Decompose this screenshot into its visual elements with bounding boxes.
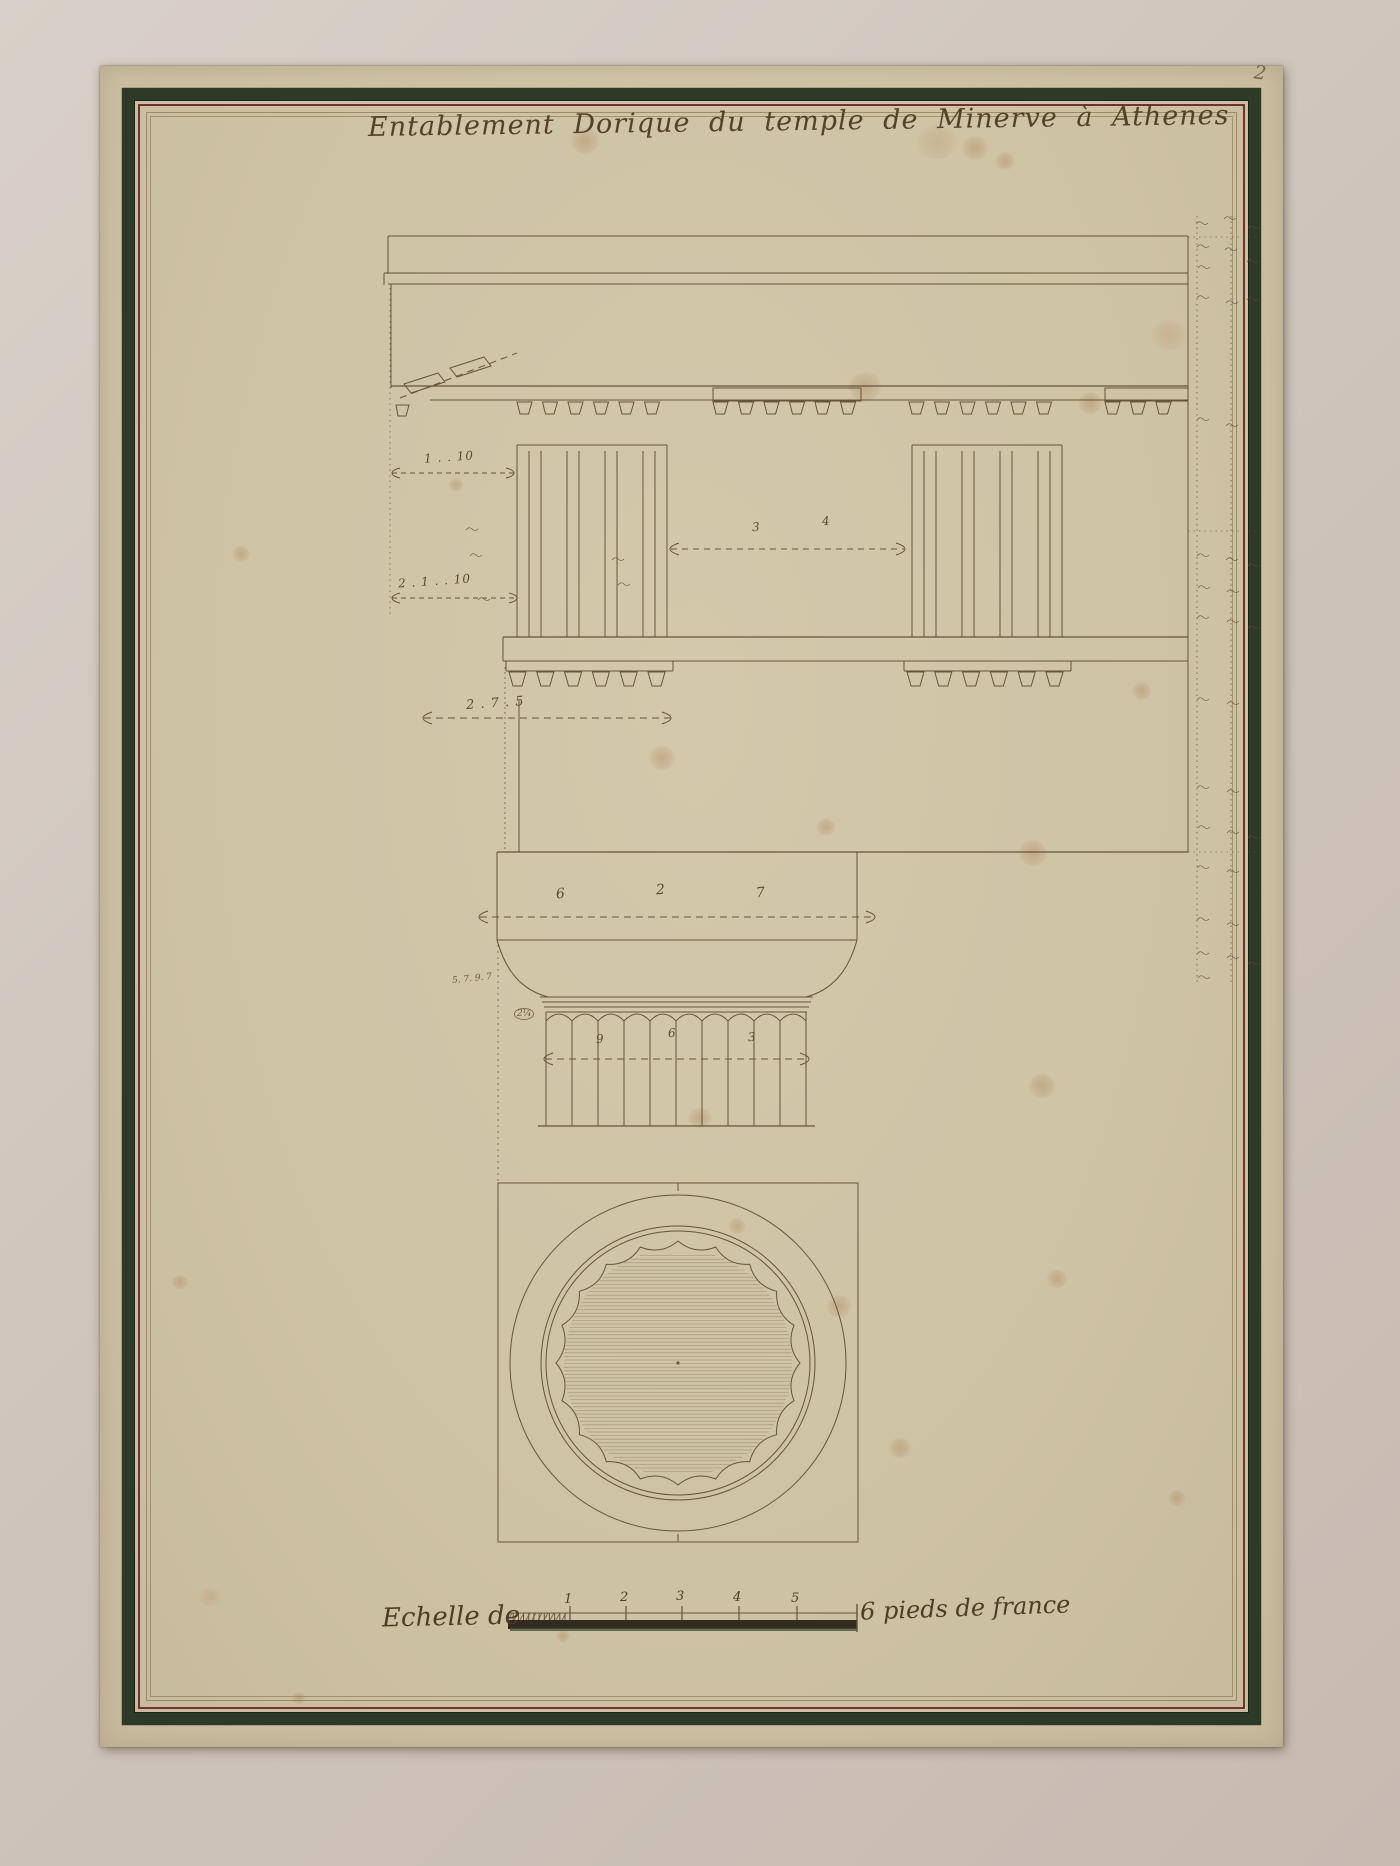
frame-rule-inner bbox=[150, 116, 1233, 1697]
drawing-sheet bbox=[100, 66, 1283, 1747]
